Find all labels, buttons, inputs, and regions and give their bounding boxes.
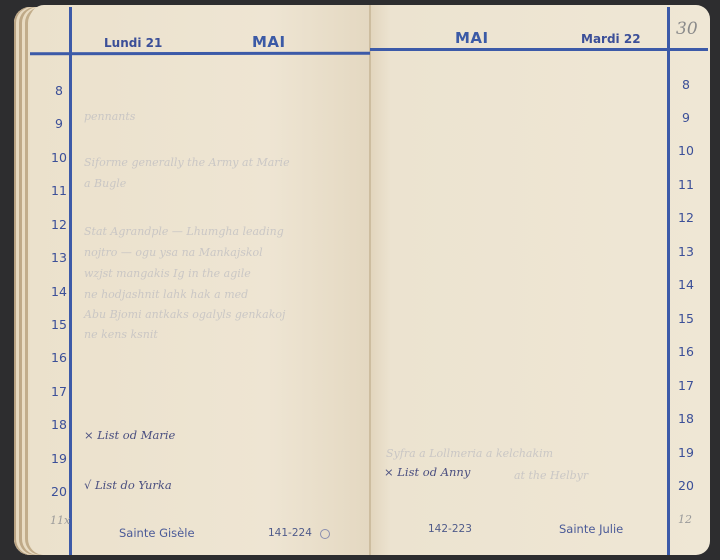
- left-hour-11: 11: [44, 183, 74, 198]
- left-header-rule: [30, 52, 370, 56]
- left-hour-9: 9: [44, 116, 74, 131]
- right-margin-rule: [667, 7, 670, 555]
- right-hour-11: 11: [671, 177, 701, 192]
- left-hour-13: 13: [44, 250, 74, 265]
- show-through-line: Stat Agrandple — Lhumgha leading: [84, 225, 284, 238]
- left-hour-10: 10: [44, 150, 74, 165]
- left-page: [30, 5, 370, 555]
- left-hour-12: 12: [44, 217, 74, 232]
- show-through-line: wzjst mangakis Ig in the agile: [84, 267, 251, 280]
- show-through-line: pennants: [84, 110, 135, 123]
- right-hour-16: 16: [671, 344, 701, 359]
- show-through-line: at the Helbyr: [514, 469, 588, 482]
- right-hour-13: 13: [671, 244, 701, 259]
- open-diary: Lundi 21 MAI MAI Mardi 22 30 8 9 10 11 1…: [14, 3, 714, 557]
- right-day-count: 142-223: [428, 523, 472, 535]
- right-hour-20: 20: [671, 478, 701, 493]
- right-month-label: MAI: [455, 29, 489, 47]
- show-through-line: ne hodjashnit lahk hak a med: [84, 288, 248, 301]
- left-hour-20: 20: [44, 484, 74, 499]
- diary-entry: × List od Anny: [384, 465, 470, 479]
- left-hour-14: 14: [44, 284, 74, 299]
- diary-entry: √ List do Yurka: [84, 478, 172, 492]
- diary-entry: × List od Marie: [84, 428, 175, 442]
- left-pencil-note: 11x: [50, 514, 70, 527]
- left-hour-19: 19: [44, 451, 74, 466]
- show-through-line: Abu Bjomi antkaks ogalyls genkakoj: [84, 308, 285, 321]
- show-through-line: a Bugle: [84, 177, 126, 190]
- show-through-line: Siforme generally the Army at Marie: [84, 156, 290, 169]
- left-hour-15: 15: [44, 317, 74, 332]
- right-hour-10: 10: [671, 143, 701, 158]
- right-hour-18: 18: [671, 411, 701, 426]
- show-through-line: Syfra a Lollmeria a kelchakim: [386, 447, 553, 460]
- right-pencil-note: 12: [678, 513, 692, 526]
- left-saint-name: Sainte Gisèle: [119, 526, 195, 540]
- right-hour-12: 12: [671, 210, 701, 225]
- book-gutter: [369, 5, 371, 555]
- right-header-rule: [370, 48, 708, 51]
- right-hour-17: 17: [671, 378, 701, 393]
- moon-phase-icon: [320, 529, 330, 539]
- right-hour-8: 8: [671, 77, 701, 92]
- right-hour-14: 14: [671, 277, 701, 292]
- handwritten-page-number: 30: [676, 19, 698, 39]
- right-hour-19: 19: [671, 445, 701, 460]
- right-hour-9: 9: [671, 110, 701, 125]
- show-through-line: ne kens ksnit: [84, 328, 158, 341]
- left-hour-18: 18: [44, 417, 74, 432]
- right-saint-name: Sainte Julie: [559, 522, 623, 536]
- left-hour-8: 8: [44, 83, 74, 98]
- right-hour-15: 15: [671, 311, 701, 326]
- left-hour-16: 16: [44, 350, 74, 365]
- left-day-label: Lundi 21: [104, 36, 162, 50]
- right-day-label: Mardi 22: [581, 32, 641, 46]
- left-day-count: 141-224: [268, 527, 312, 539]
- left-month-label: MAI: [252, 33, 286, 51]
- left-hour-17: 17: [44, 384, 74, 399]
- show-through-line: nojtro — ogu ysa na Mankajskol: [84, 246, 263, 259]
